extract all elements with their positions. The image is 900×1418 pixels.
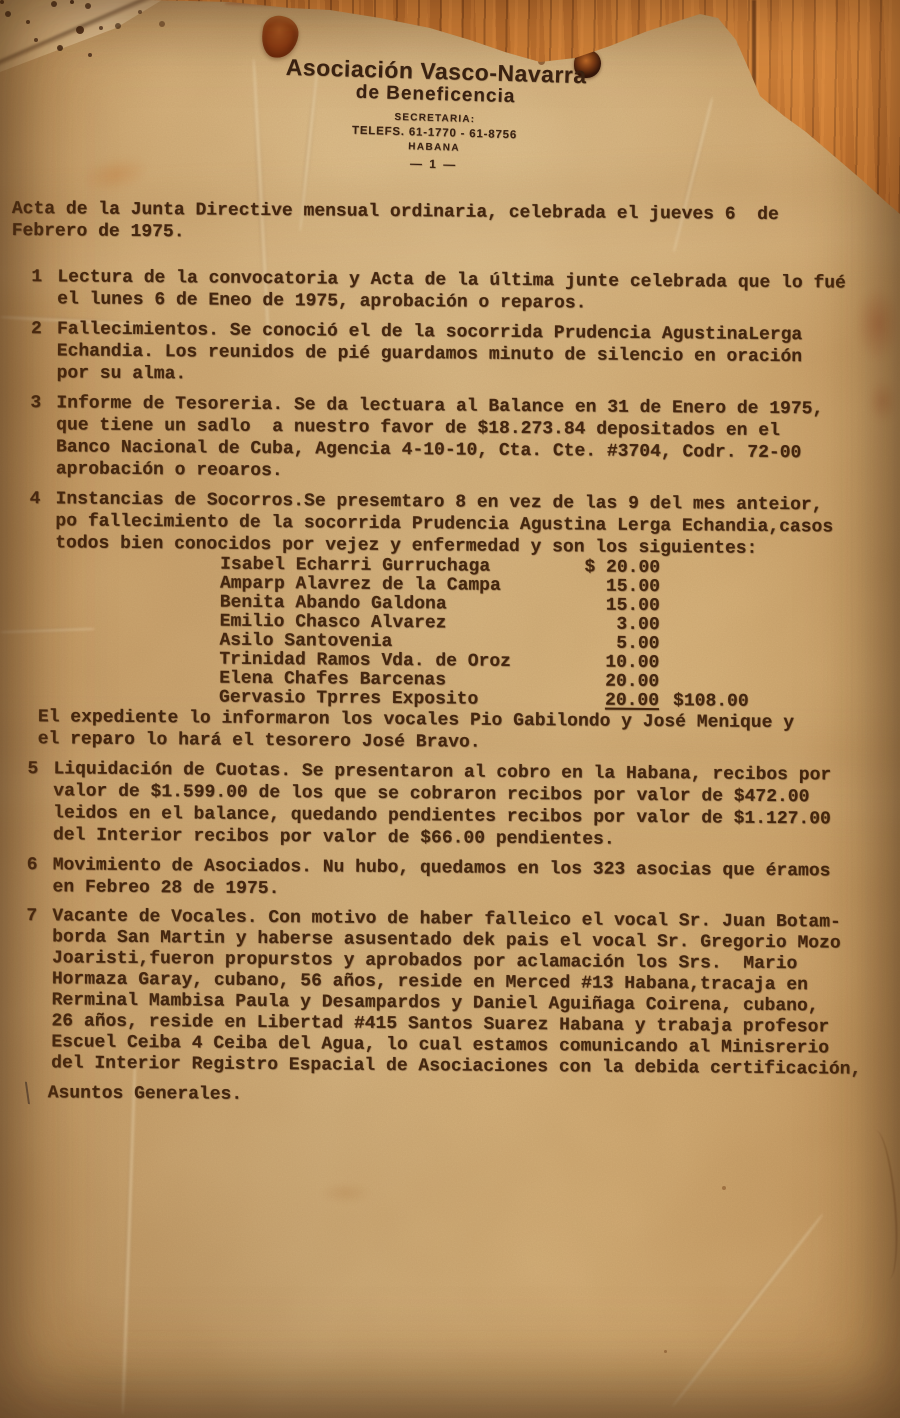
- beneficiary-amount: 20.00: [549, 691, 659, 711]
- item-text: Informe de Tesoreria. Se da lectuara al …: [56, 392, 886, 487]
- item-number: 1: [31, 266, 42, 288]
- paper-sheet: Asociación Vasco-Navarra de Beneficencia…: [0, 0, 900, 1418]
- minute-item-6: 6 Movimiento de Asociados. Nu hubo, qued…: [7, 854, 882, 905]
- beneficiary-amount: 5.00: [549, 634, 659, 654]
- faint-stain: [320, 1182, 370, 1204]
- item-text: Movimiento de Asociados. Nu hubo, quedam…: [53, 854, 882, 905]
- minute-item-4: 4 Instancias de Socorros.Se presemtaro 8…: [8, 488, 885, 757]
- closing-line: \ Asuntos Generales.: [5, 1082, 880, 1111]
- item-text: Liquidación de Cuotas. Se presentaron al…: [53, 758, 883, 853]
- beneficiary-amount: 10.00: [549, 653, 659, 673]
- crease-line: [120, 1055, 139, 1415]
- item-number: 7: [26, 906, 37, 927]
- dirt-specks: [0, 0, 4, 4]
- item-number: 3: [30, 392, 41, 414]
- closing-text: Asuntos Generales.: [48, 1082, 243, 1106]
- beneficiary-amount: $ 20.00: [550, 558, 660, 578]
- beneficiary-amount: 15.00: [550, 577, 660, 597]
- item-number: 4: [30, 488, 41, 510]
- scanned-document-photo: Asociación Vasco-Navarra de Beneficencia…: [0, 0, 900, 1418]
- folded-corner: [0, 0, 175, 82]
- minute-item-2: 2 Fallecimientos. Se conoció el de la so…: [11, 318, 886, 391]
- minute-item-7: 7 Vacante de Vocales. Con motivo de habe…: [5, 906, 881, 1081]
- item-number: 2: [31, 318, 42, 340]
- item-number: 5: [27, 758, 38, 780]
- item-text: Lectura de la convocatoria y Acta de la …: [57, 266, 886, 317]
- minute-item-1: 1 Lectura de la convocatoria y Acta de l…: [11, 266, 886, 317]
- minute-item-5: 5 Liquidación de Cuotas. Se presentaron …: [7, 758, 883, 853]
- paper-fiber-scratch: [862, 1129, 900, 1281]
- beneficiary-amount: 3.00: [550, 615, 660, 635]
- beneficiary-amount: 15.00: [550, 596, 660, 616]
- handwritten-slash-mark: \: [21, 1082, 33, 1105]
- item-number: 6: [27, 854, 38, 876]
- item-text: Vacante de Vocales. Con motivo de haber …: [51, 906, 881, 1081]
- speck: [664, 1350, 667, 1353]
- minute-item-3: 3 Informe de Tesoreria. Se da lectuara a…: [10, 392, 886, 487]
- document-title: Acta de la Junta Directive mensual ordin…: [12, 198, 887, 249]
- typewritten-body: Acta de la Junta Directive mensual ordin…: [5, 198, 887, 1111]
- item-text: Instancias de Socorros.Se presemtaro 8 e…: [55, 488, 884, 561]
- letterhead: Asociación Vasco-Navarra de Beneficencia…: [169, 51, 702, 179]
- beneficiary-list: Isabel Echarri Gurruchaga $ 20.00 Amparp…: [219, 556, 884, 713]
- beneficiary-grand-total: $108.00: [673, 692, 749, 712]
- item-text: Fallecimientos. Se conoció el de la soco…: [57, 318, 886, 391]
- beneficiary-amount: 20.00: [549, 672, 659, 692]
- speck: [722, 1186, 726, 1190]
- item-followup-text: El expediente lo informaron los vocales …: [38, 706, 883, 757]
- beneficiary-name: Gervasio Tprres Exposito: [219, 689, 549, 711]
- crease-line: [670, 1212, 825, 1408]
